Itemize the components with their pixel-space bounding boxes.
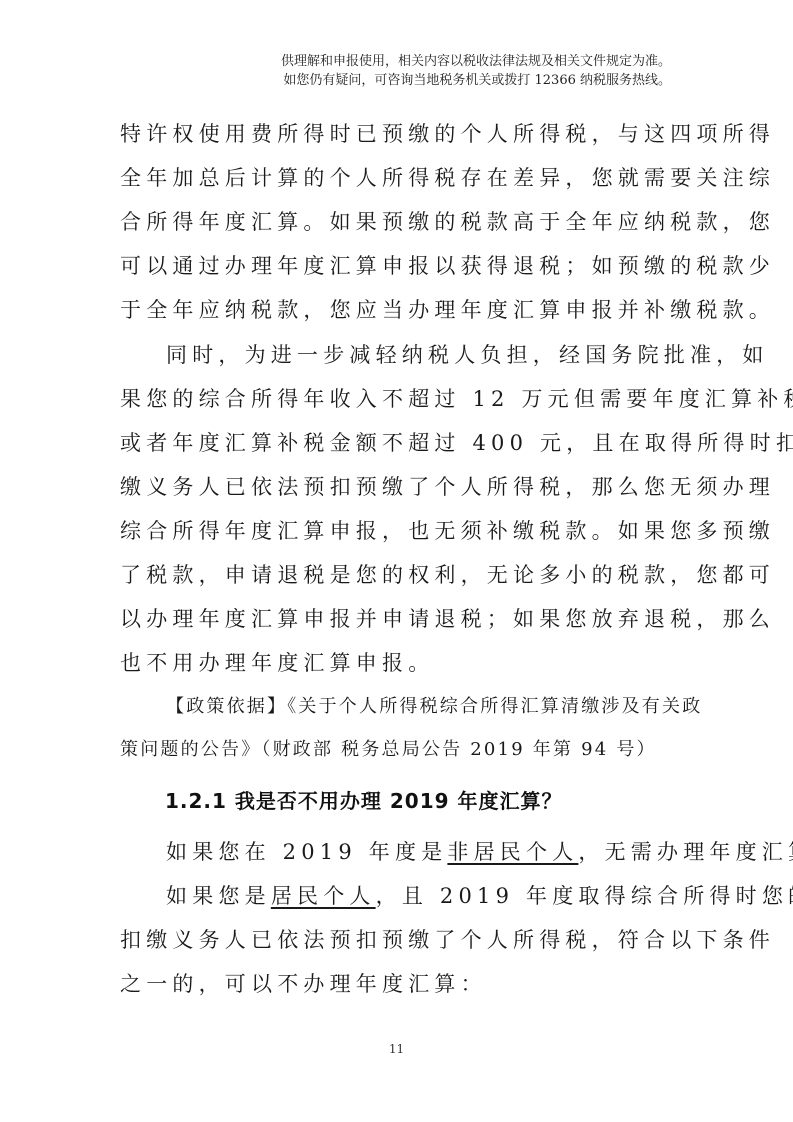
paragraph-line: 也不用办理年度汇算申报。 xyxy=(120,647,434,677)
page-number: 11 xyxy=(0,1042,793,1056)
paragraph-line: 缴义务人已依法预扣预缴了个人所得税，那么您无须办理 xyxy=(120,471,775,501)
section-heading: 1.2.1 我是否不用办理 2019 年度汇算？ xyxy=(165,785,563,814)
paragraph-line: 合所得年度汇算。如果预缴的税款高于全年应纳税款，您 xyxy=(120,206,775,236)
header-line-1: 供理解和申报使用，相关内容以税收法律法规及相关文件规定为准。 xyxy=(281,52,671,71)
text: 如果您在 2019 年度是 xyxy=(166,840,447,864)
page-header: 供理解和申报使用，相关内容以税收法律法规及相关文件规定为准。 如您仍有疑问，可咨… xyxy=(281,52,671,90)
section-paragraph-1: 如果您在 2019 年度是非居民个人，无需办理年度汇算。 xyxy=(166,836,793,866)
text: ，无需办理年度汇算。 xyxy=(578,840,793,864)
paragraph-line: 可以通过办理年度汇算申报以获得退税；如预缴的税款少 xyxy=(120,250,775,280)
header-line-2: 如您仍有疑问，可咨询当地税务机关或拨打 12366 纳税服务热线。 xyxy=(281,71,671,90)
non-resident-term: 非居民个人 xyxy=(447,840,578,864)
paragraph-line: 特许权使用费所得时已预缴的个人所得税，与这四项所得 xyxy=(120,118,775,148)
resident-term: 居民个人 xyxy=(271,884,376,908)
policy-basis-line: 策问题的公告》（财政部 税务总局公告 2019 年第 94 号） xyxy=(120,735,657,761)
paragraph-line: 了税款，申请退税是您的权利，无论多小的税款，您都可 xyxy=(120,559,775,589)
text: ，且 2019 年度取得综合所得时您的 xyxy=(376,884,793,908)
paragraph-line: 全年加总后计算的个人所得税存在差异，您就需要关注综 xyxy=(120,162,775,192)
policy-basis-line: 【政策依据】《关于个人所得税综合所得汇算清缴涉及有关政 xyxy=(166,692,702,718)
paragraph-line: 果您的综合所得年收入不超过 12 万元但需要年度汇算补税 xyxy=(120,383,793,413)
paragraph-line: 扣缴义务人已依法预扣预缴了个人所得税，符合以下条件 xyxy=(120,924,775,954)
paragraph-line: 或者年度汇算补税金额不超过 400 元，且在取得所得时扣 xyxy=(120,427,793,457)
paragraph-line: 同时，为进一步减轻纳税人负担，经国务院批准，如 xyxy=(166,339,769,369)
paragraph-line: 于全年应纳税款，您应当办理年度汇算申报并补缴税款。 xyxy=(120,294,775,324)
paragraph-line: 以办理年度汇算申报并申请退税；如果您放弃退税，那么 xyxy=(120,603,775,633)
text: 如果您是 xyxy=(166,884,271,908)
section-paragraph-2: 如果您是居民个人，且 2019 年度取得综合所得时您的 xyxy=(166,880,793,910)
paragraph-line: 之一的，可以不办理年度汇算： xyxy=(120,968,487,998)
paragraph-line: 综合所得年度汇算申报，也无须补缴税款。如果您多预缴 xyxy=(120,515,775,545)
